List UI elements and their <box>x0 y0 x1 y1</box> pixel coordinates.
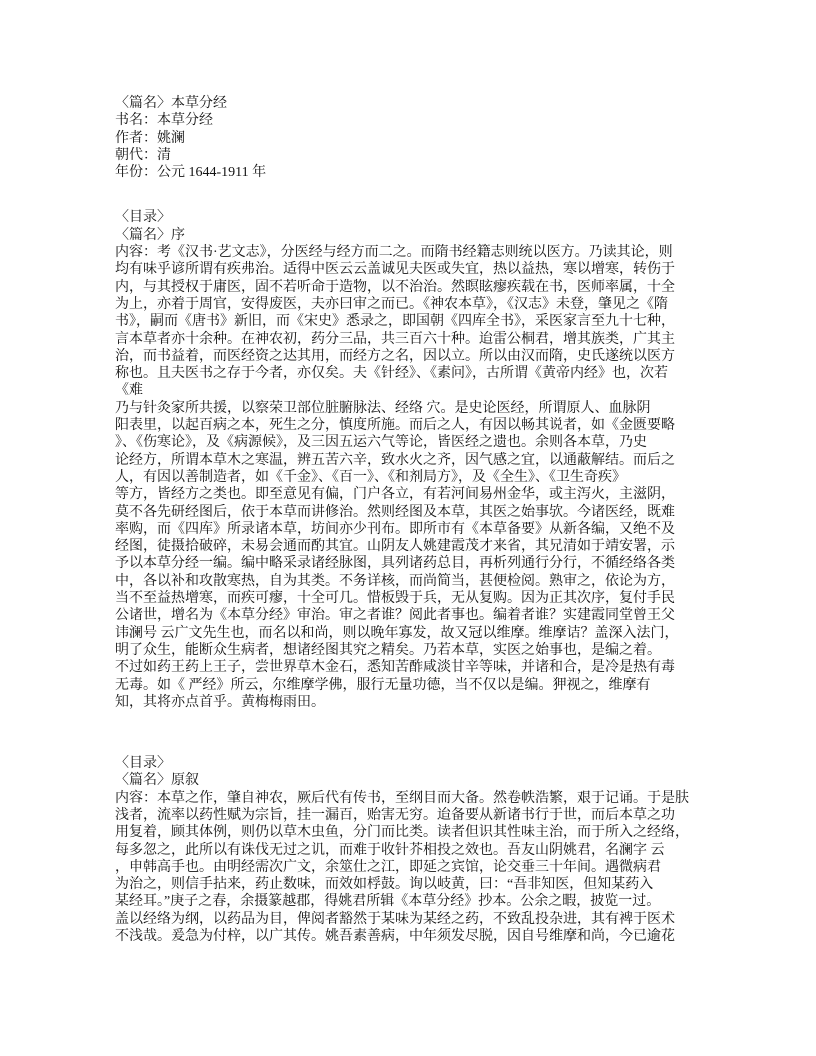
section-body: 内容：考《汉书·艺文志》，分医经与经方而二之。而隋书经籍志则统以医方。乃读其论，… <box>115 244 755 711</box>
section-body: 内容：本草之作，肇自神农，厥后代有传书，至纲目而大备。然卷帙浩繁，艰于记诵。于是… <box>115 790 755 946</box>
toc-label: 〈目录〉 <box>115 755 755 772</box>
toc-label: 〈目录〉 <box>115 209 755 226</box>
section-preface: 〈目录〉 〈篇名〉序 内容：考《汉书·艺文志》，分医经与经方而二之。而隋书经籍志… <box>115 209 755 711</box>
document-content: 〈篇名〉本草分经 书名：本草分经 作者：姚澜 朝代：清 年份：公元 1644-1… <box>115 95 755 945</box>
section-original-preface: 〈目录〉 〈篇名〉原叙 内容：本草之作，肇自神农，厥后代有传书，至纲目而大备。然… <box>115 755 755 945</box>
section-title: 〈篇名〉原叙 <box>115 772 755 789</box>
document-page: 〈篇名〉本草分经 书名：本草分经 作者：姚澜 朝代：清 年份：公元 1644-1… <box>0 0 816 1056</box>
section-title: 〈篇名〉序 <box>115 227 755 244</box>
document-metadata: 〈篇名〉本草分经 书名：本草分经 作者：姚澜 朝代：清 年份：公元 1644-1… <box>115 95 755 181</box>
